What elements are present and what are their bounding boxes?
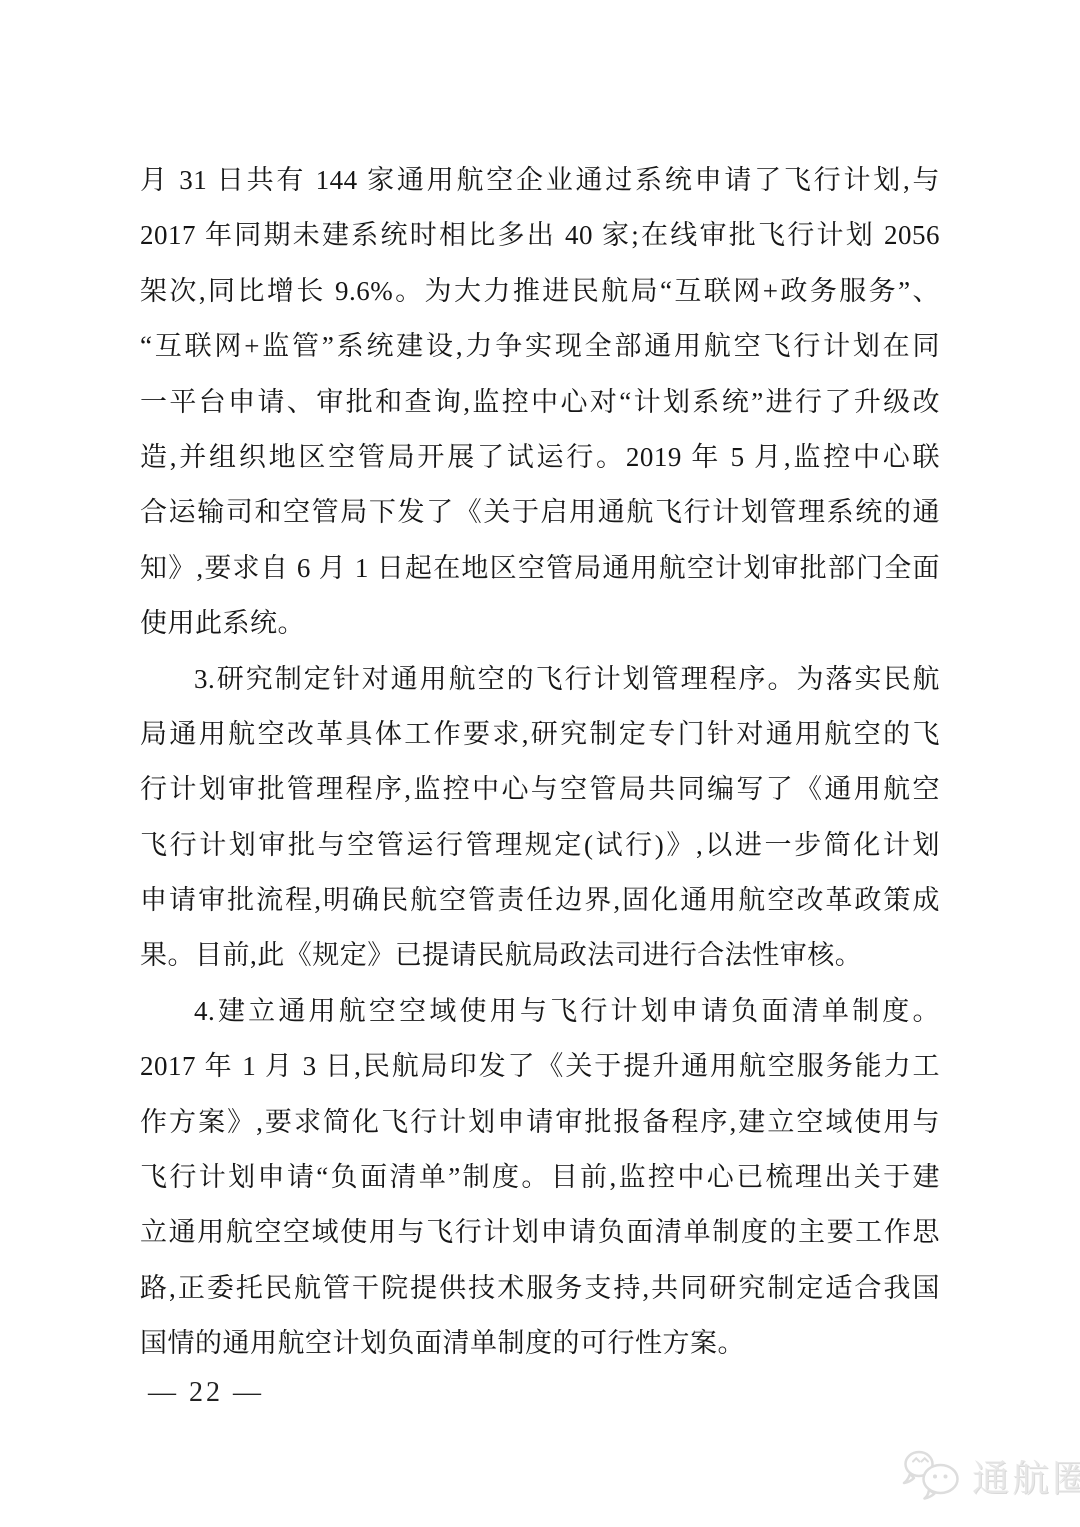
text-line: 局通用航空改革具体工作要求,研究制定专门针对通用航空的飞 xyxy=(140,707,940,762)
text-line: 行计划审批管理程序,监控中心与空管局共同编写了《通用航空 xyxy=(140,762,940,817)
text-line: 月 31 日共有 144 家通用航空企业通过系统申请了飞行计划,与 xyxy=(140,153,940,208)
text-line: 架次,同比增长 9.6%。为大力推进民航局“互联网+政务服务”、 xyxy=(140,264,940,319)
text-line: 国情的通用航空计划负面清单制度的可行性方案。 xyxy=(140,1316,940,1371)
text-line: 造,并组织地区空管局开展了试运行。2019 年 5 月,监控中心联 xyxy=(140,430,940,485)
text-line: 作方案》,要求简化飞行计划申请审批报备程序,建立空域使用与 xyxy=(140,1095,940,1150)
text-line: 4.建立通用航空空域使用与飞行计划申请负面清单制度。 xyxy=(140,984,940,1039)
body-text: 月 31 日共有 144 家通用航空企业通过系统申请了飞行计划,与2017 年同… xyxy=(140,153,940,1372)
watermark-label: 通航圈 xyxy=(972,1448,1080,1502)
text-line: 使用此系统。 xyxy=(140,596,940,651)
text-line: 3.研究制定针对通用航空的飞行计划管理程序。为落实民航 xyxy=(140,652,940,707)
wechat-icon xyxy=(900,1448,964,1502)
text-line: 飞行计划审批与空管运行管理规定(试行)》,以进一步简化计划 xyxy=(140,818,940,873)
text-line: 申请审批流程,明确民航空管责任边界,固化通用航空改革政策成 xyxy=(140,873,940,928)
text-line: 2017 年同期未建系统时相比多出 40 家;在线审批飞行计划 2056 xyxy=(140,208,940,263)
text-line: 飞行计划申请“负面清单”制度。目前,监控中心已梳理出关于建 xyxy=(140,1150,940,1205)
text-line: 立通用航空空域使用与飞行计划申请负面清单制度的主要工作思 xyxy=(140,1205,940,1260)
text-line: 2017 年 1 月 3 日,民航局印发了《关于提升通用航空服务能力工 xyxy=(140,1039,940,1094)
text-line: 合运输司和空管局下发了《关于启用通航飞行计划管理系统的通 xyxy=(140,485,940,540)
document-page: 月 31 日共有 144 家通用航空企业通过系统申请了飞行计划,与2017 年同… xyxy=(0,0,1080,1527)
text-line: “互联网+监管”系统建设,力争实现全部通用航空飞行计划在同 xyxy=(140,319,940,374)
text-line: 一平台申请、审批和查询,监控中心对“计划系统”进行了升级改 xyxy=(140,375,940,430)
page-number: — 22 — xyxy=(148,1376,264,1410)
text-line: 知》,要求自 6 月 1 日起在地区空管局通用航空计划审批部门全面 xyxy=(140,541,940,596)
text-line: 路,正委托民航管干院提供技术服务支持,共同研究制定适合我国 xyxy=(140,1261,940,1316)
text-line: 果。目前,此《规定》已提请民航局政法司进行合法性审核。 xyxy=(140,928,940,983)
watermark: 通航圈 xyxy=(900,1448,1080,1502)
